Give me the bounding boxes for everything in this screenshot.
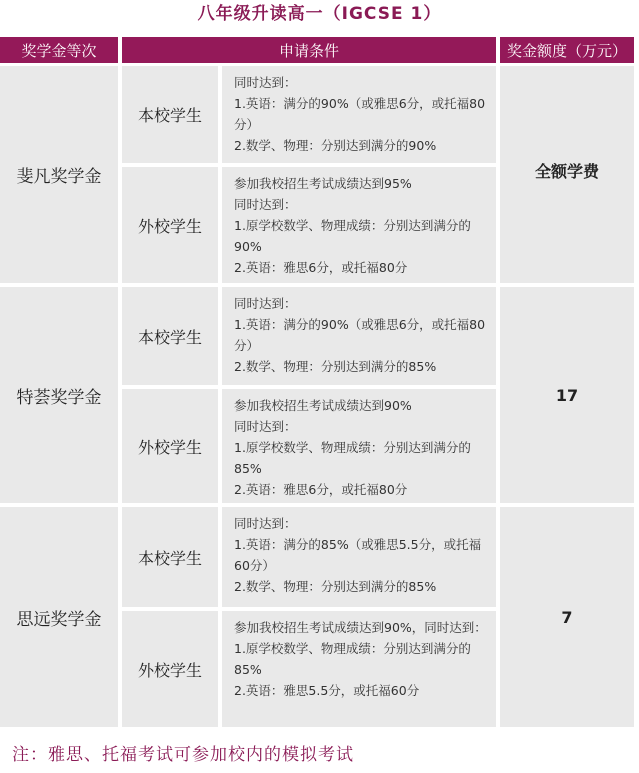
conditions-cell: 参加我校招生考试成绩达到95% 同时达到： 1.原学校数学、物理成绩：分别达到满…	[222, 167, 496, 283]
student-type: 外校学生	[122, 611, 218, 727]
page-title: 八年级升读高一（IGCSE 1）	[0, 0, 639, 30]
condition-line: 同时达到：	[234, 513, 488, 534]
header-conditions: 申请条件	[122, 37, 496, 63]
condition-line: 同时达到：	[234, 293, 488, 314]
conditions-cell: 同时达到： 1.英语：满分的90%（或雅思6分，或托福80分） 2.数学、物理：…	[222, 66, 496, 163]
condition-line: 同时达到：	[234, 72, 488, 93]
condition-line: 2.数学、物理：分别达到满分的85%	[234, 576, 488, 597]
header-amount: 奖金额度（万元）	[500, 37, 634, 63]
condition-line: 1.原学校数学、物理成绩：分别达到满分的85%	[234, 638, 488, 680]
condition-line: 参加我校招生考试成绩达到90%	[234, 395, 488, 416]
footnote: 注：雅思、托福考试可参加校内的模拟考试	[12, 740, 354, 765]
amount-cell: 17	[500, 287, 634, 503]
header-level: 奖学金等次	[0, 37, 118, 63]
condition-line: 参加我校招生考试成绩达到90%，同时达到：	[234, 617, 488, 638]
condition-line: 2.数学、物理：分别达到满分的90%	[234, 135, 488, 156]
condition-line: 1.英语：满分的90%（或雅思6分，或托福80分）	[234, 314, 488, 356]
scholarship-level: 特荟奖学金	[0, 287, 118, 503]
condition-line: 同时达到：	[234, 416, 488, 437]
student-type: 本校学生	[122, 507, 218, 607]
condition-line: 同时达到：	[234, 194, 488, 215]
student-type: 外校学生	[122, 167, 218, 283]
scholarship-level: 斐凡奖学金	[0, 66, 118, 283]
student-type: 外校学生	[122, 389, 218, 503]
conditions-cell: 同时达到： 1.英语：满分的90%（或雅思6分，或托福80分） 2.数学、物理：…	[222, 287, 496, 385]
condition-line: 2.英语：雅思6分，或托福80分	[234, 257, 488, 278]
student-type: 本校学生	[122, 66, 218, 163]
conditions-cell: 同时达到： 1.英语：满分的85%（或雅思5.5分，或托福60分） 2.数学、物…	[222, 507, 496, 607]
conditions-cell: 参加我校招生考试成绩达到90%，同时达到： 1.原学校数学、物理成绩：分别达到满…	[222, 611, 496, 727]
amount-cell: 7	[500, 507, 634, 727]
condition-line: 2.英语：雅思5.5分，或托福60分	[234, 680, 488, 701]
condition-line: 2.英语：雅思6分，或托福80分	[234, 479, 488, 500]
student-type: 本校学生	[122, 287, 218, 385]
scholarship-level: 思远奖学金	[0, 507, 118, 727]
condition-line: 参加我校招生考试成绩达到95%	[234, 173, 488, 194]
condition-line: 1.英语：满分的85%（或雅思5.5分，或托福60分）	[234, 534, 488, 576]
amount-cell: 全额学费	[500, 66, 634, 283]
condition-line: 1.原学校数学、物理成绩：分别达到满分的85%	[234, 437, 488, 479]
condition-line: 1.英语：满分的90%（或雅思6分，或托福80分）	[234, 93, 488, 135]
conditions-cell: 参加我校招生考试成绩达到90% 同时达到： 1.原学校数学、物理成绩：分别达到满…	[222, 389, 496, 503]
condition-line: 2.数学、物理：分别达到满分的85%	[234, 356, 488, 377]
condition-line: 1.原学校数学、物理成绩：分别达到满分的90%	[234, 215, 488, 257]
